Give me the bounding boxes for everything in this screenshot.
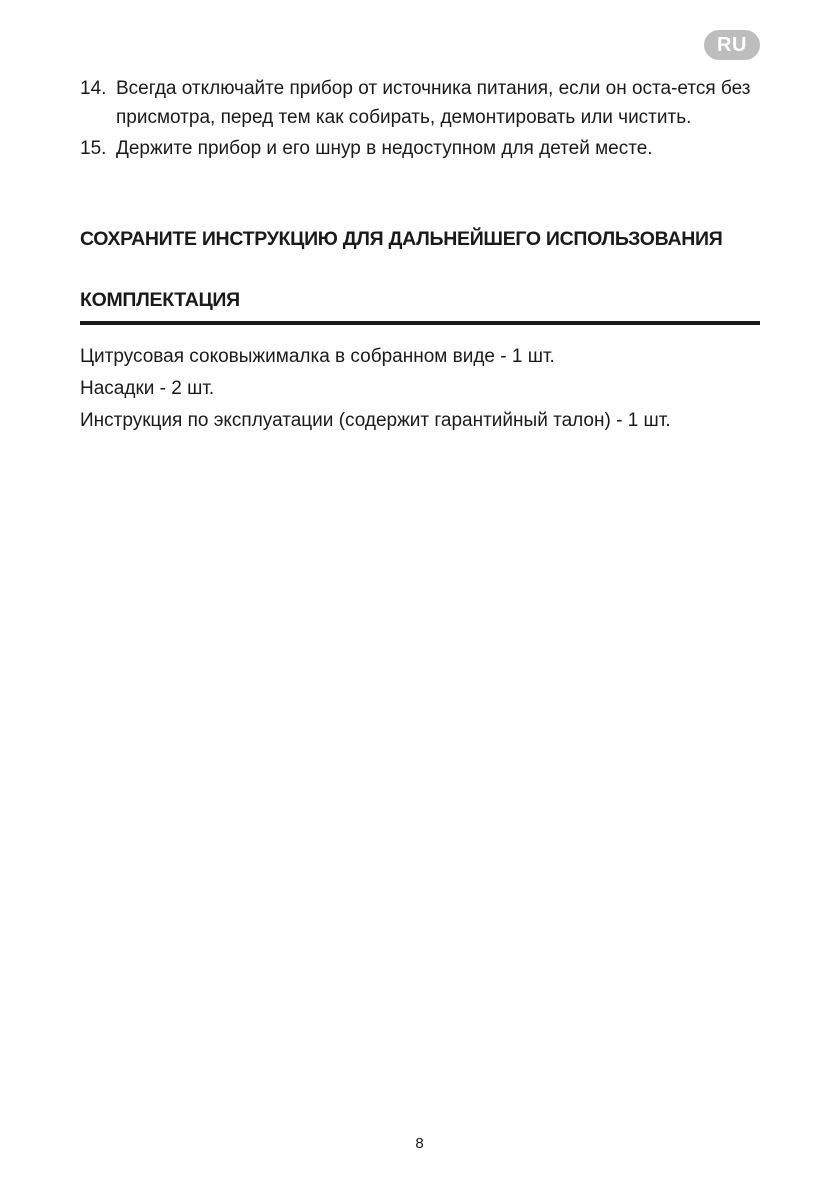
kit-item: Инструкция по эксплуатации (содержит гар… — [80, 406, 770, 436]
list-item-text: Всегда отключайте прибор от источника пи… — [116, 78, 750, 128]
safety-instructions-list: 14. Всегда отключайте прибор от источник… — [80, 74, 760, 165]
kit-item: Насадки - 2 шт. — [80, 374, 770, 404]
list-item-number: 14. — [80, 74, 106, 103]
list-item-number: 15. — [80, 134, 106, 163]
page-number: 8 — [0, 1134, 839, 1154]
list-item: 14. Всегда отключайте прибор от источник… — [80, 74, 760, 132]
kit-item: Цитрусовая соковыжималка в собранном вид… — [80, 342, 770, 372]
section-divider — [80, 321, 760, 325]
kit-items-list: Цитрусовая соковыжималка в собранном вид… — [80, 342, 770, 438]
list-item: 15. Держите прибор и его шнур в недоступ… — [80, 134, 760, 163]
language-badge: RU — [704, 30, 760, 60]
list-item-text: Держите прибор и его шнур в недоступном … — [116, 138, 653, 159]
save-instructions-heading: СОХРАНИТЕ ИНСТРУКЦИЮ ДЛЯ ДАЛЬНЕЙШЕГО ИСП… — [80, 225, 770, 253]
kit-heading: КОМПЛЕКТАЦИЯ — [80, 286, 240, 314]
